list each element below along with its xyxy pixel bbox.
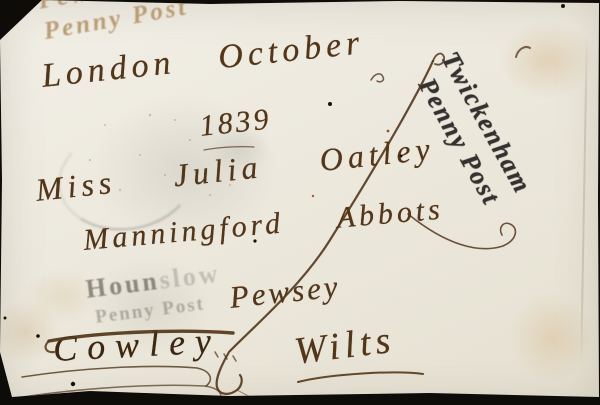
hounslow-handstamp-line1-faded: slow — [158, 259, 222, 295]
manuscript-address-county: Wilts — [292, 318, 398, 374]
postal-cover: Pewsey Penny Post Twickenham Penny Post … — [0, 0, 600, 405]
flourish-arc-upper — [22, 366, 210, 386]
hounslow-penny-post-handstamp: Hounslow Penny Post — [84, 258, 225, 330]
october-tail-squiggle — [371, 74, 383, 82]
manuscript-charge-stroke-tail — [237, 390, 274, 405]
manuscript-deleted-word: Cowley — [52, 319, 222, 370]
pewsey-penny-post-handstamp: Pewsey Penny Post — [36, 0, 191, 48]
manuscript-year: 1839 — [198, 102, 273, 143]
manuscript-address-town: Pewsey — [228, 268, 342, 315]
county-underline — [298, 372, 423, 382]
ink-mark-top-right — [516, 47, 530, 57]
photo-backdrop: Pewsey Penny Post Twickenham Penny Post … — [0, 0, 600, 405]
flourish-arc-lower — [10, 385, 221, 400]
paper-crease — [580, 35, 588, 365]
